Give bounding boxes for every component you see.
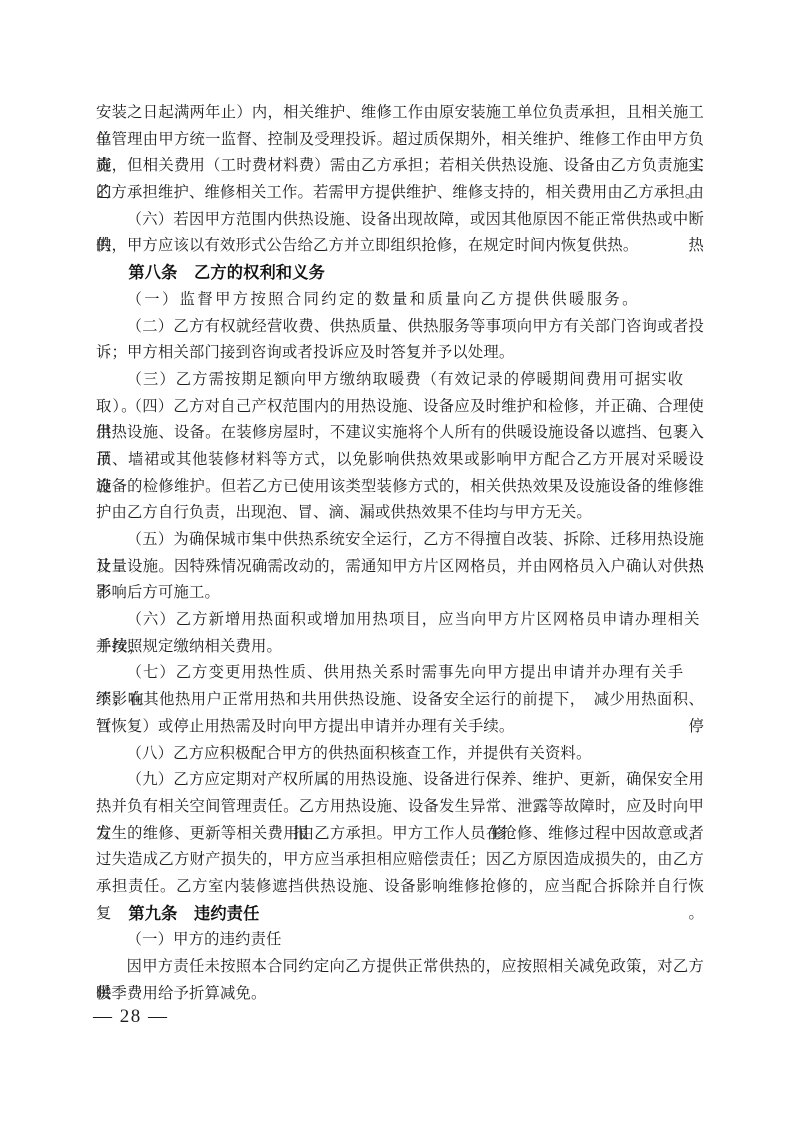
contract-text-line: （四）乙方对自己产权范围内的用热设施、设备应及时维护和检修，并正确、合理使用 — [96, 394, 704, 421]
contract-text-line: （一）甲方的违约责任 — [96, 927, 704, 954]
contract-text-line: 不影响其他热用户正常用热和共用供热设施、设备安全运行的前提下， 减少用热面积、暂… — [96, 687, 704, 714]
contract-text-line: （七）乙方变更用热性质、供用热关系时需事先向甲方提出申请并办理有关手续；在 — [96, 660, 704, 687]
contract-text-line: 位管理由甲方统一监督、控制及受理投诉。超过质保期外，相关维护、维修工作由甲方负责… — [96, 127, 704, 154]
contract-text-line: （五）为确保城市集中供热系统安全运行，乙方不得擅自改装、拆除、迁移用热设施及热 — [96, 527, 704, 554]
contract-text-line: 供热设施、设备。在装修房屋时，不建议实施将个人所有的供暖设施设备以遮挡、包裹入吊 — [96, 420, 704, 447]
contract-text-line: 过失造成乙方财产损失的，甲方应当承担相应赔偿责任；因乙方原因造成损失的，由乙方 — [96, 847, 704, 874]
contract-text-line: 热并负有相关空间管理责任。乙方用热设施、设备发生异常、泄露等故障时，应及时向甲方… — [96, 794, 704, 821]
contract-text-line: 发生的维修、更新等相关费用由乙方承担。甲方工作人员在抢修、维修过程中因故意或者 — [96, 821, 704, 848]
contract-text-line: （九）乙方应定期对产权所属的用热设施、设备进行保养、维护、更新，确保安全用 — [96, 767, 704, 794]
contract-text-line: 护由乙方自行负责，出现泡、冒、滴、漏或供热效果不佳均与甲方无关。 — [96, 500, 704, 527]
contract-text-line: 顶、墙裙或其他装修材料等方式，以免影响供热效果或影响甲方配合乙方开展对采暖设施、 — [96, 447, 704, 474]
contract-text-line: 因甲方责任未按照本合同约定向乙方提供正常供热的，应按照相关减免政策，对乙方供 — [96, 954, 704, 981]
contract-text-line: 承担责任。乙方室内装修遮挡供热设施、设备影响维修抢修的，应当配合拆除并自行恢复。 — [96, 874, 704, 901]
contract-text-line: 计量设施。因特殊情况确需改动的，需通知甲方片区网格员，并由网格员入户确认对供热不 — [96, 554, 704, 581]
contract-text-line: （六）若因甲方范围内供热设施、设备出现故障，或因其他原因不能正常供热或中断供热 — [96, 207, 704, 234]
contract-text-line: 暖季费用给予折算减免。 — [96, 981, 704, 1008]
contract-text-line: （八）乙方应积极配合甲方的供热面积核查工作，并提供有关资料。 — [96, 741, 704, 768]
article-heading: 第八条 乙方的权利和义务 — [96, 260, 704, 287]
page-number: — 28 — — [93, 1006, 169, 1028]
contract-text-line: （二）乙方有权就经营收费、供热质量、供热服务等事项向甲方有关部门咨询或者投 — [96, 314, 704, 341]
contract-text-line: 安装之日起满两年止）内，相关维护、维修工作由原安装施工单位负责承担，且相关施工单 — [96, 100, 704, 127]
contract-text-line: （六）乙方新增用热面积或增加用热项目，应当向甲方片区网格员申请办理相关手续， — [96, 607, 704, 634]
contract-text-line: 设备的检修维护。但若乙方已使用该类型装修方式的，相关供热效果及设施设备的维修维 — [96, 474, 704, 501]
contract-text-block: 安装之日起满两年止）内，相关维护、维修工作由原安装施工单位负责承担，且相关施工单… — [96, 100, 704, 1007]
contract-text-line: 影响后方可施工。 — [96, 580, 704, 607]
contract-text-line: （一）监督甲方按照合同约定的数量和质量向乙方提供供暖服务。 — [96, 287, 704, 314]
contract-text-line: 的，甲方应该以有效形式公告给乙方并立即组织抢修，在规定时间内恢复供热。 — [96, 233, 704, 260]
contract-text-line: 并按照规定缴纳相关费用。 — [96, 634, 704, 661]
contract-text-line: （三）乙方需按期足额向甲方缴纳取暖费（有效记录的停暖期间费用可据实收取）。 — [96, 367, 704, 394]
contract-text-line: 乙方承担维护、维修相关工作。若需甲方提供维护、维修支持的，相关费用由乙方承担。 — [96, 180, 704, 207]
contract-text-line: 诉；甲方相关部门接到咨询或者投诉应及时答复并予以处理。 — [96, 340, 704, 367]
contract-text-line: 施，但相关费用（工时费材料费）需由乙方承担；若相关供热设施、设备由乙方负责施工的… — [96, 153, 704, 180]
contract-document-page: 安装之日起满两年止）内，相关维护、维修工作由原安装施工单位负责承担，且相关施工单… — [0, 0, 793, 1122]
